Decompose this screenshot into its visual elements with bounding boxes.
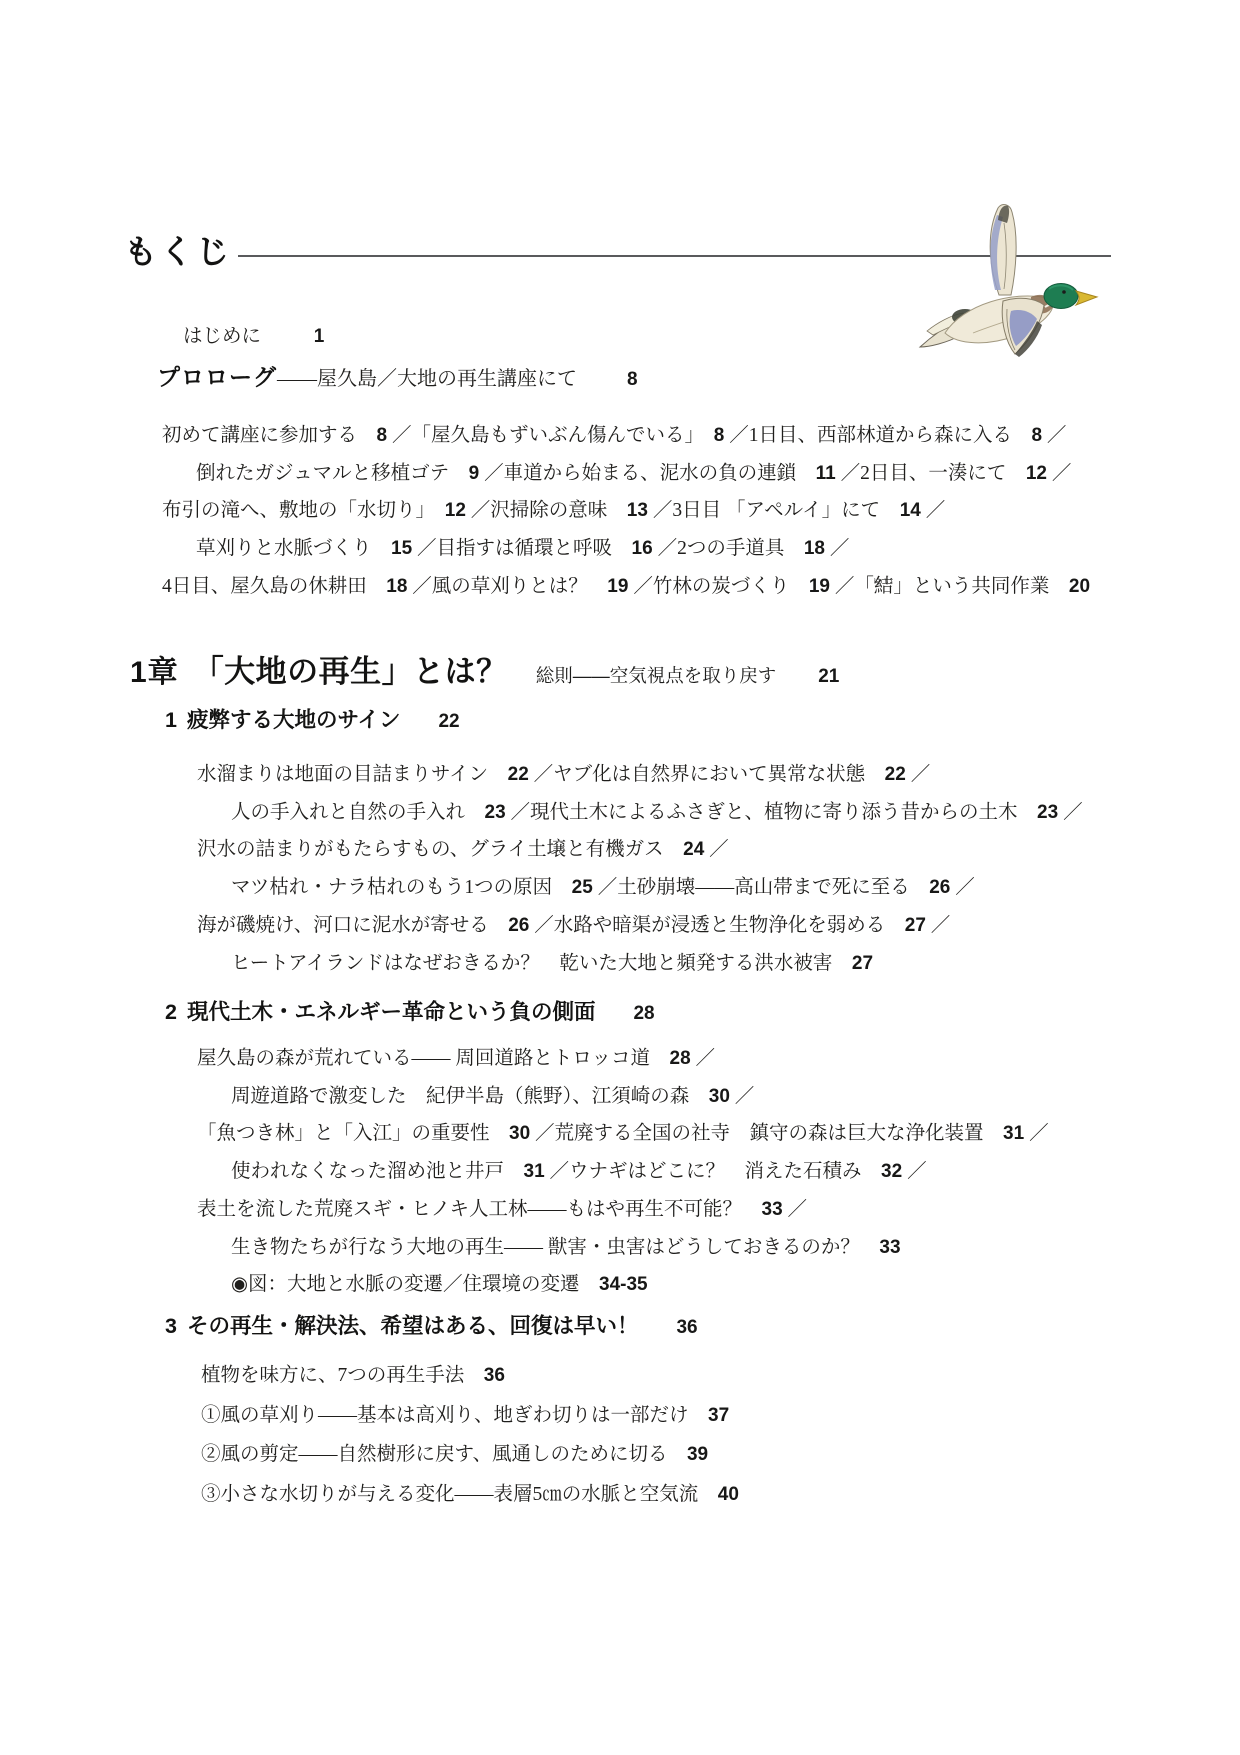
entry-text: ／: [921, 500, 945, 521]
entry-text: ／: [825, 538, 849, 559]
page-number: 37: [708, 1405, 729, 1426]
entry-text: ／: [704, 839, 728, 860]
section-page: 28: [633, 1003, 654, 1024]
toc-entry-line: 表土を流した荒廃スギ・ヒノキ人工林——もはや再生不可能？ 33 ／: [197, 1191, 1049, 1229]
entry-text: ／: [1058, 802, 1082, 823]
section-title: 疲弊する大地のサイン: [187, 708, 401, 732]
toc-entry-line: ①風の草刈り——基本は高刈り、地ぎわ切りは一部だけ 37: [201, 1396, 739, 1436]
toc-entry-line: 倒れたガジュマルと移植ゴテ 9 ／車道から始まる、泥水の負の連鎖 11 ／2日目…: [162, 455, 1090, 493]
toc-entry-line: ②風の剪定——自然樹形に戻す、風通しのために切る 39: [201, 1435, 739, 1475]
page-number: 25: [572, 877, 593, 898]
entry-text: 倒れたガジュマルと移植ゴテ: [196, 463, 469, 484]
section-number: 1: [165, 708, 177, 732]
page-number: 18: [386, 576, 407, 597]
chapter-heading: 1章「大地の再生」とは？総則——空気視点を取り戻す21: [130, 646, 839, 691]
entry-text: 初めて講座に参加する: [162, 425, 377, 446]
toc-entry-line: 水溜まりは地面の目詰まりサイン 22 ／ヤブ化は自然界において異常な状態 22 …: [197, 756, 1083, 794]
mallard-duck-icon: [903, 193, 1113, 363]
page-number: 27: [852, 953, 873, 974]
prologue-label: プロローグ: [157, 364, 277, 390]
page-number: 14: [900, 500, 921, 521]
entry-text: 」という共同作業: [893, 576, 1069, 597]
section-title: 現代土木・エネルギー革命という負の側面: [187, 1000, 596, 1024]
frontmatter-entry: はじめに 1: [183, 320, 324, 348]
entry-text: ／: [1047, 463, 1071, 484]
entry-text: ／: [950, 877, 974, 898]
entry-text: 布引の滝へ、敷地の「水切り」: [162, 500, 445, 521]
toc-entry-line: 沢水の詰まりがもたらすもの、グライ土壌と有機ガス 24 ／: [197, 831, 1083, 869]
page-number: 19: [607, 576, 628, 597]
entry-text: ／: [902, 1161, 926, 1182]
entry-text: ／: [730, 1086, 754, 1107]
entry-text: ②風の剪定——自然樹形に戻す、風通しのために切る: [201, 1444, 687, 1465]
page-number: 8: [377, 425, 388, 446]
entry-text: ヒートアイランドはなぜおきるか？ 乾いた大地と頻発する洪水被害: [231, 953, 852, 974]
entry-text: ／土砂崩壊——高山帯まで死に至る: [593, 877, 929, 898]
entry-text: ／3日目 「アペルイ」にて: [648, 500, 900, 521]
entry-text: 沢水の詰まりがもたらすもの、グライ土壌と有機ガス: [197, 839, 683, 860]
page-number: 18: [804, 538, 825, 559]
entry-text: ／2つの手道具: [653, 538, 804, 559]
entry-text: ◉図：大地と水脈の変遷／住環境の変遷: [231, 1274, 599, 1295]
prologue-entries: 初めて講座に参加する 8 ／「屋久島もずいぶん傷んでいる」 8 ／1日目、西部林…: [162, 417, 1090, 606]
page-number: 40: [718, 1484, 739, 1505]
entry-text: 使われなくなった溜め池と井戸: [231, 1161, 524, 1182]
page-number: 28: [670, 1048, 691, 1069]
section-number: 3: [165, 1314, 177, 1338]
page-number: 27: [905, 915, 926, 936]
toc-entry-line: 屋久島の森が荒れている―― 周回道路とトロッコ道 28 ／: [197, 1040, 1049, 1078]
page-number: 11: [816, 463, 836, 484]
page-number: 22: [885, 764, 906, 785]
section-3-entries: 植物を味方に、7つの再生手法 36①風の草刈り——基本は高刈り、地ぎわ切りは一部…: [201, 1356, 739, 1514]
entry-text: 植物を味方に、7つの再生手法: [201, 1365, 484, 1386]
entry-text: ／: [1042, 425, 1066, 446]
entry-text: ①風の草刈り——基本は高刈り、地ぎわ切りは一部だけ: [201, 1405, 708, 1426]
frontmatter-label: はじめに: [183, 326, 261, 347]
toc-entry-line: ヒートアイランドはなぜおきるか？ 乾いた大地と頻発する洪水被害 27: [197, 945, 1083, 983]
entry-text: ／ヤブ化は自然界において異常な状態: [529, 764, 885, 785]
entry-text: ／1日目、西部林道から森に入る: [724, 425, 1031, 446]
page-number: 32: [881, 1161, 902, 1182]
section-number: 2: [165, 1000, 177, 1024]
entry-text: 草刈りと水脈づくり: [196, 538, 391, 559]
section-heading-1: 1疲弊する大地のサイン22: [165, 703, 460, 734]
page-number: 12: [1026, 463, 1047, 484]
entry-text: マツ枯れ・ナラ枯れのもう1つの原因: [231, 877, 572, 898]
section-page: 36: [676, 1317, 697, 1338]
page-number: 36: [484, 1365, 505, 1386]
frontmatter-page: 1: [314, 326, 325, 347]
prologue-subtitle: ——屋久島／大地の再生講座にて: [277, 368, 577, 390]
entry-text: ／目指すは循環と呼吸: [412, 538, 631, 559]
section-page: 22: [438, 711, 459, 732]
chapter-title: 「大地の再生」とは？: [193, 654, 508, 689]
entry-text: ／水路や暗渠が浸透と生物浄化を弱める: [529, 915, 904, 936]
page-title: もくじ: [124, 226, 232, 273]
ruby-base-text: 結ゆい: [874, 576, 894, 597]
toc-entry-line: 初めて講座に参加する 8 ／「屋久島もずいぶん傷んでいる」 8 ／1日目、西部林…: [162, 417, 1090, 455]
page-number: 39: [687, 1444, 708, 1465]
page-number: 8: [714, 425, 725, 446]
chapter-page: 21: [818, 666, 839, 687]
chapter-number: 1章: [130, 656, 179, 689]
entry-text: ／風の草刈りとは？: [407, 576, 607, 597]
toc-entry-line: 「魚つき林」と「入江」の重要性 30 ／荒廃する全国の社寺 鎮守の森は巨大な浄化…: [197, 1115, 1049, 1153]
entry-text: ／: [926, 915, 950, 936]
page-number: 15: [391, 538, 412, 559]
entry-text: 人の手入れと自然の手入れ: [231, 802, 485, 823]
section-heading-2: 2現代土木・エネルギー革命という負の側面28: [165, 995, 655, 1026]
entry-text: ／「: [830, 576, 874, 597]
toc-entry-line: 人の手入れと自然の手入れ 23 ／現代土木によるふさぎと、植物に寄り添う昔からの…: [197, 794, 1083, 832]
mallard-duck-illustration: [903, 193, 1113, 363]
toc-entry-line: 周遊道路で激変した 紀伊半島（熊野）、江須崎の森 30 ／: [197, 1078, 1049, 1116]
entry-text: ／: [691, 1048, 715, 1069]
toc-entry-line: 4日目、屋久島の休耕田 18 ／風の草刈りとは？ 19 ／竹林の炭づくり 19 …: [162, 568, 1090, 606]
entry-text: ／: [783, 1199, 807, 1220]
toc-entry-line: 草刈りと水脈づくり 15 ／目指すは循環と呼吸 16 ／2つの手道具 18 ／: [162, 530, 1090, 568]
entry-text: 表土を流した荒廃スギ・ヒノキ人工林——もはや再生不可能？: [197, 1199, 762, 1220]
entry-text: ／2日目、一湊にて: [836, 463, 1026, 484]
prologue-page: 8: [627, 369, 638, 390]
section-title: その再生・解決法、希望はある、回復は早い！: [187, 1314, 639, 1338]
page-number: 33: [762, 1199, 783, 1220]
page-number: 31: [1003, 1123, 1024, 1144]
toc-entry-line: マツ枯れ・ナラ枯れのもう1つの原因 25 ／土砂崩壊——高山帯まで死に至る 26…: [197, 869, 1083, 907]
page-number: 23: [485, 802, 506, 823]
entry-text: ／荒廃する全国の社寺 鎮守の森は巨大な浄化装置: [530, 1123, 1003, 1144]
page-number: 26: [508, 915, 529, 936]
entry-text: 周遊道路で激変した 紀伊半島（熊野）、江須崎の森: [231, 1086, 709, 1107]
page-number: 33: [879, 1237, 900, 1258]
entry-text: ／: [906, 764, 930, 785]
page-number: 16: [632, 538, 653, 559]
furigana: ゆい: [873, 565, 894, 603]
toc-entry-line: 使われなくなった溜め池と井戸 31 ／ウナギはどこに？ 消えた石積み 32 ／: [197, 1153, 1049, 1191]
entry-text: ③小さな水切りが与える変化——表層5㎝の水脈と空気流: [201, 1484, 718, 1505]
page-number: 8: [1031, 425, 1042, 446]
toc-entry-line: 生き物たちが行なう大地の再生―― 獣害・虫害はどうしておきるのか？ 33: [197, 1229, 1049, 1267]
toc-page: もくじ: [0, 0, 1240, 1755]
toc-entry-line: 布引の滝へ、敷地の「水切り」 12 ／沢掃除の意味 13 ／3日目 「アペルイ」…: [162, 492, 1090, 530]
chapter-subtitle: 総則——空気視点を取り戻す: [536, 665, 777, 686]
entry-text: 屋久島の森が荒れている―― 周回道路とトロッコ道: [197, 1048, 670, 1069]
entry-text: ／車道から始まる、泥水の負の連鎖: [479, 463, 815, 484]
page-number: 30: [509, 1123, 530, 1144]
page-number: 13: [627, 500, 648, 521]
entry-text: ／「屋久島もずいぶん傷んでいる」: [387, 425, 714, 446]
entry-text: ／現代土木によるふさぎと、植物に寄り添う昔からの土木: [506, 802, 1037, 823]
section-1-entries: 水溜まりは地面の目詰まりサイン 22 ／ヤブ化は自然界において異常な状態 22 …: [197, 756, 1083, 982]
entry-text: ／竹林の炭づくり: [628, 576, 808, 597]
entry-text: ／沢掃除の意味: [466, 500, 627, 521]
page-number: 12: [445, 500, 466, 521]
entry-text: ／ウナギはどこに？ 消えた石積み: [545, 1161, 881, 1182]
page-number: 31: [524, 1161, 545, 1182]
page-number: 23: [1037, 802, 1058, 823]
page-number: 30: [709, 1086, 730, 1107]
page-number: 34-35: [599, 1274, 648, 1295]
entry-text: 海が磯焼け、河口に泥水が寄せる: [197, 915, 508, 936]
section-2-entries: 屋久島の森が荒れている―― 周回道路とトロッコ道 28 ／周遊道路で激変した 紀…: [197, 1040, 1049, 1304]
prologue-heading: プロローグ——屋久島／大地の再生講座にて 8: [157, 359, 638, 392]
entry-text: 4日目、屋久島の休耕田: [162, 576, 386, 597]
entry-text: 「魚つき林」と「入江」の重要性: [197, 1123, 509, 1144]
toc-entry-line: 海が磯焼け、河口に泥水が寄せる 26 ／水路や暗渠が浸透と生物浄化を弱める 27…: [197, 907, 1083, 945]
page-number: 20: [1069, 576, 1090, 597]
toc-entry-line: ◉図：大地と水脈の変遷／住環境の変遷 34-35: [197, 1266, 1049, 1304]
page-number: 19: [809, 576, 830, 597]
toc-entry-line: ③小さな水切りが与える変化——表層5㎝の水脈と空気流 40: [201, 1475, 739, 1515]
page-number: 24: [683, 839, 704, 860]
entry-text: 水溜まりは地面の目詰まりサイン: [197, 764, 508, 785]
page-number: 26: [929, 877, 950, 898]
entry-text: 生き物たちが行なう大地の再生―― 獣害・虫害はどうしておきるのか？: [231, 1237, 879, 1258]
toc-entry-line: 植物を味方に、7つの再生手法 36: [201, 1356, 739, 1396]
page-number: 9: [469, 463, 480, 484]
section-heading-3: 3その再生・解決法、希望はある、回復は早い！36: [165, 1309, 698, 1340]
entry-text: ／: [1024, 1123, 1048, 1144]
page-number: 22: [508, 764, 529, 785]
